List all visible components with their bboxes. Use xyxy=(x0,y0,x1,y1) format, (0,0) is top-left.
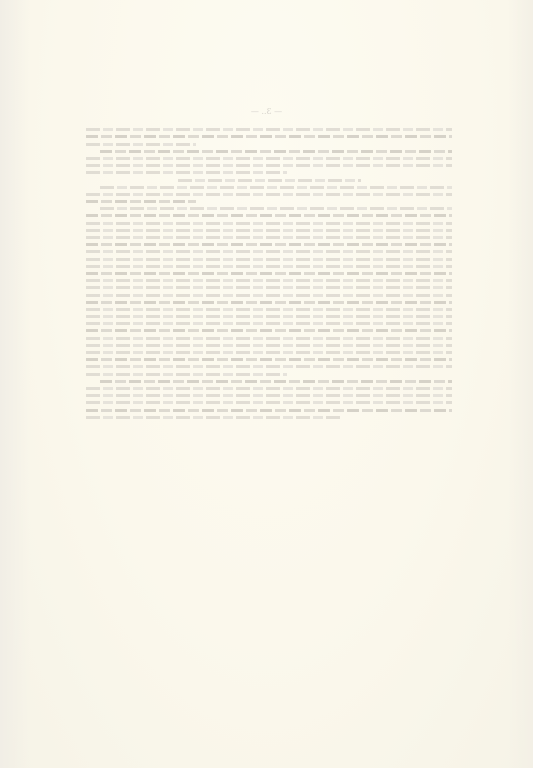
text-line xyxy=(86,164,452,167)
text-line xyxy=(86,258,452,261)
paragraph xyxy=(86,150,452,175)
text-line xyxy=(86,265,452,268)
text-line xyxy=(86,394,452,397)
text-line xyxy=(86,222,452,225)
text-line xyxy=(86,409,452,412)
page-number-header: — 3.. — xyxy=(0,107,533,116)
text-line xyxy=(86,250,452,253)
text-line xyxy=(100,380,452,383)
page-body-text xyxy=(86,124,452,423)
text-line xyxy=(86,308,452,311)
text-line xyxy=(100,207,452,210)
text-line xyxy=(86,157,452,160)
paragraph xyxy=(86,128,452,145)
text-line xyxy=(86,351,452,354)
paragraph xyxy=(86,186,452,203)
scanned-page: — 3.. — xyxy=(0,0,533,768)
text-line xyxy=(86,322,452,325)
text-line xyxy=(86,416,342,419)
text-line xyxy=(86,214,452,217)
text-line xyxy=(86,243,452,246)
text-line xyxy=(100,150,452,153)
text-line xyxy=(100,186,452,189)
paragraph xyxy=(86,179,452,182)
text-line xyxy=(86,279,452,282)
text-line xyxy=(86,229,452,232)
text-line xyxy=(86,286,452,289)
text-line xyxy=(86,135,452,138)
paragraph xyxy=(86,380,452,419)
text-line xyxy=(86,272,452,275)
paragraph xyxy=(86,207,452,375)
text-line xyxy=(86,387,452,390)
text-line xyxy=(86,200,196,203)
text-line xyxy=(86,344,452,347)
text-line xyxy=(86,329,452,332)
text-line xyxy=(86,401,452,404)
text-line xyxy=(86,337,452,340)
text-line xyxy=(86,143,196,146)
text-line xyxy=(86,294,452,297)
text-line xyxy=(86,128,452,131)
text-line xyxy=(86,236,452,239)
text-line xyxy=(86,315,452,318)
text-line xyxy=(86,373,287,376)
text-line xyxy=(86,301,452,304)
text-line xyxy=(86,193,452,196)
text-line xyxy=(86,358,452,361)
text-line xyxy=(86,171,287,174)
text-line xyxy=(86,365,452,368)
text-line xyxy=(178,179,361,182)
